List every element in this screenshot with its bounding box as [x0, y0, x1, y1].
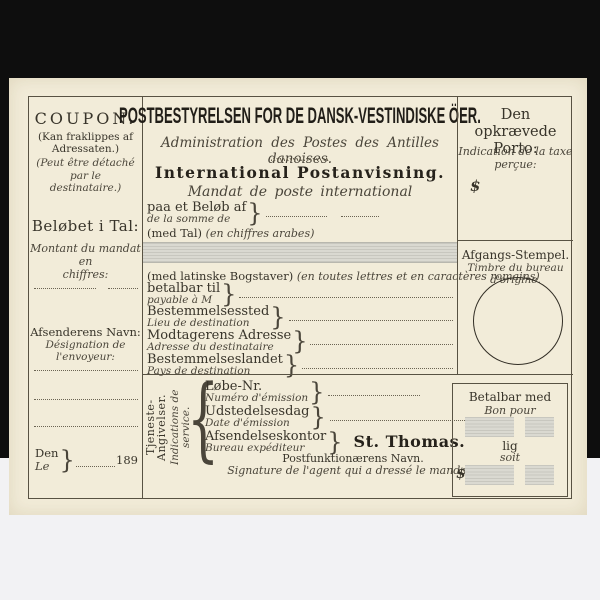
coupon-sender-label-fr: Désignation de l'envoyeur: [29, 339, 142, 363]
amount-field: paa et Beløb af de la somme de } [147, 201, 453, 225]
postage-label-fr: Indication de la taxe perçue: [458, 145, 573, 171]
document-title-fr: Mandat de poste international [143, 184, 457, 200]
coupon-amount-label-fr: Montant du mandat en chiffres: [29, 242, 142, 281]
brace-glyph: } [59, 447, 74, 472]
stamp-circle [473, 277, 563, 365]
destination-writein-line [289, 313, 453, 321]
coupon-writein-line [34, 394, 138, 400]
brace-glyph: } [247, 200, 262, 225]
ornament-divider [271, 158, 329, 161]
coupon-detach-note-fr: (Peut être détaché par le destinataire.) [29, 157, 142, 195]
dollar-sign: $ [470, 177, 480, 195]
amount-ruled-blocks-row [453, 465, 567, 485]
equal-label-fr: soit [453, 451, 567, 464]
clerk-signature-label-fr: Signature de l'agent qui a dressé le man… [221, 464, 481, 477]
brace-glyph: } [309, 379, 324, 404]
recipient-address-writein-line [310, 337, 453, 345]
coupon-detach-note-da: (Kan fraklippes af Adressaten.) [29, 131, 142, 155]
ruled-block [525, 417, 554, 437]
ruled-block [525, 465, 554, 485]
payable-with-label: Betalbar med [453, 390, 567, 404]
coupon-sender-label: Afsenderens Navn: [29, 325, 142, 339]
payable-writein-line [239, 290, 453, 298]
coupon-writein-line [34, 421, 138, 427]
payable-to-field: betalbar til payable à M } [147, 282, 453, 306]
coupon-writein-line [34, 365, 138, 371]
serial-number-writein-line [328, 388, 420, 396]
brace-glyph: } [310, 404, 325, 429]
brace-glyph: } [327, 429, 342, 454]
departure-stamp-section: Afgangs-Stempel. Timbre du bureau d'orig… [458, 241, 573, 374]
coupon-column: COUPON. (Kan fraklippes af Adressaten.) … [29, 97, 143, 498]
amount-ruled-blocks-row [453, 417, 567, 437]
brace-glyph: } [221, 281, 236, 306]
coupon-date-field: Den Le } 189 [35, 447, 138, 473]
ruled-block [465, 465, 514, 485]
ruled-block [465, 417, 514, 437]
main-column: POSTBESTYRELSEN FOR DE DANSK-VESTINDISKE… [143, 97, 457, 374]
right-column: Den opkrævede Porto: Indication de la ta… [457, 97, 573, 374]
postal-form-paper: COUPON. (Kan fraklippes af Adressaten.) … [9, 78, 587, 515]
coupon-date-writein-line [76, 457, 115, 467]
authority-title: POSTBESTYRELSEN FOR DE DANSK-VESTINDISKE… [143, 105, 457, 127]
document-title: International Postanvisning. [143, 163, 457, 182]
coupon-date-year: 189 [116, 453, 138, 467]
postage-section: Den opkrævede Porto: Indication de la ta… [458, 97, 573, 241]
dispatch-office-value: St. Thomas. [354, 432, 466, 451]
photo-mat-frame: COUPON. (Kan fraklippes af Adressaten.) … [0, 0, 600, 458]
amount-writein-line [266, 209, 419, 217]
coupon-amount-writein-line [34, 283, 138, 289]
brace-glyph: } [270, 304, 285, 329]
amount-in-figures-ruled-band [143, 242, 457, 263]
payable-with-box: Betalbar med Bon pour lig soit $ [452, 383, 568, 497]
coupon-amount-label: Beløbet i Tal: [29, 217, 142, 235]
service-side-labels: Tjeneste- Angivelser. Indications de ser… [145, 379, 192, 475]
payable-with-label-fr: Bon pour [453, 404, 567, 417]
amount-note: (med Tal) (en chiffres arabes) [147, 226, 314, 240]
form-border: COUPON. (Kan fraklippes af Adressaten.) … [28, 96, 572, 499]
coupon-date-labels: Den Le [35, 447, 58, 473]
destination-country-writein-line [302, 361, 453, 369]
stamp-label: Afgangs-Stempel. [458, 248, 573, 262]
service-section: Tjeneste- Angivelser. Indications de ser… [143, 374, 573, 500]
recipient-address-field: Modtagerens Adresse Adresse du destinata… [147, 329, 453, 353]
